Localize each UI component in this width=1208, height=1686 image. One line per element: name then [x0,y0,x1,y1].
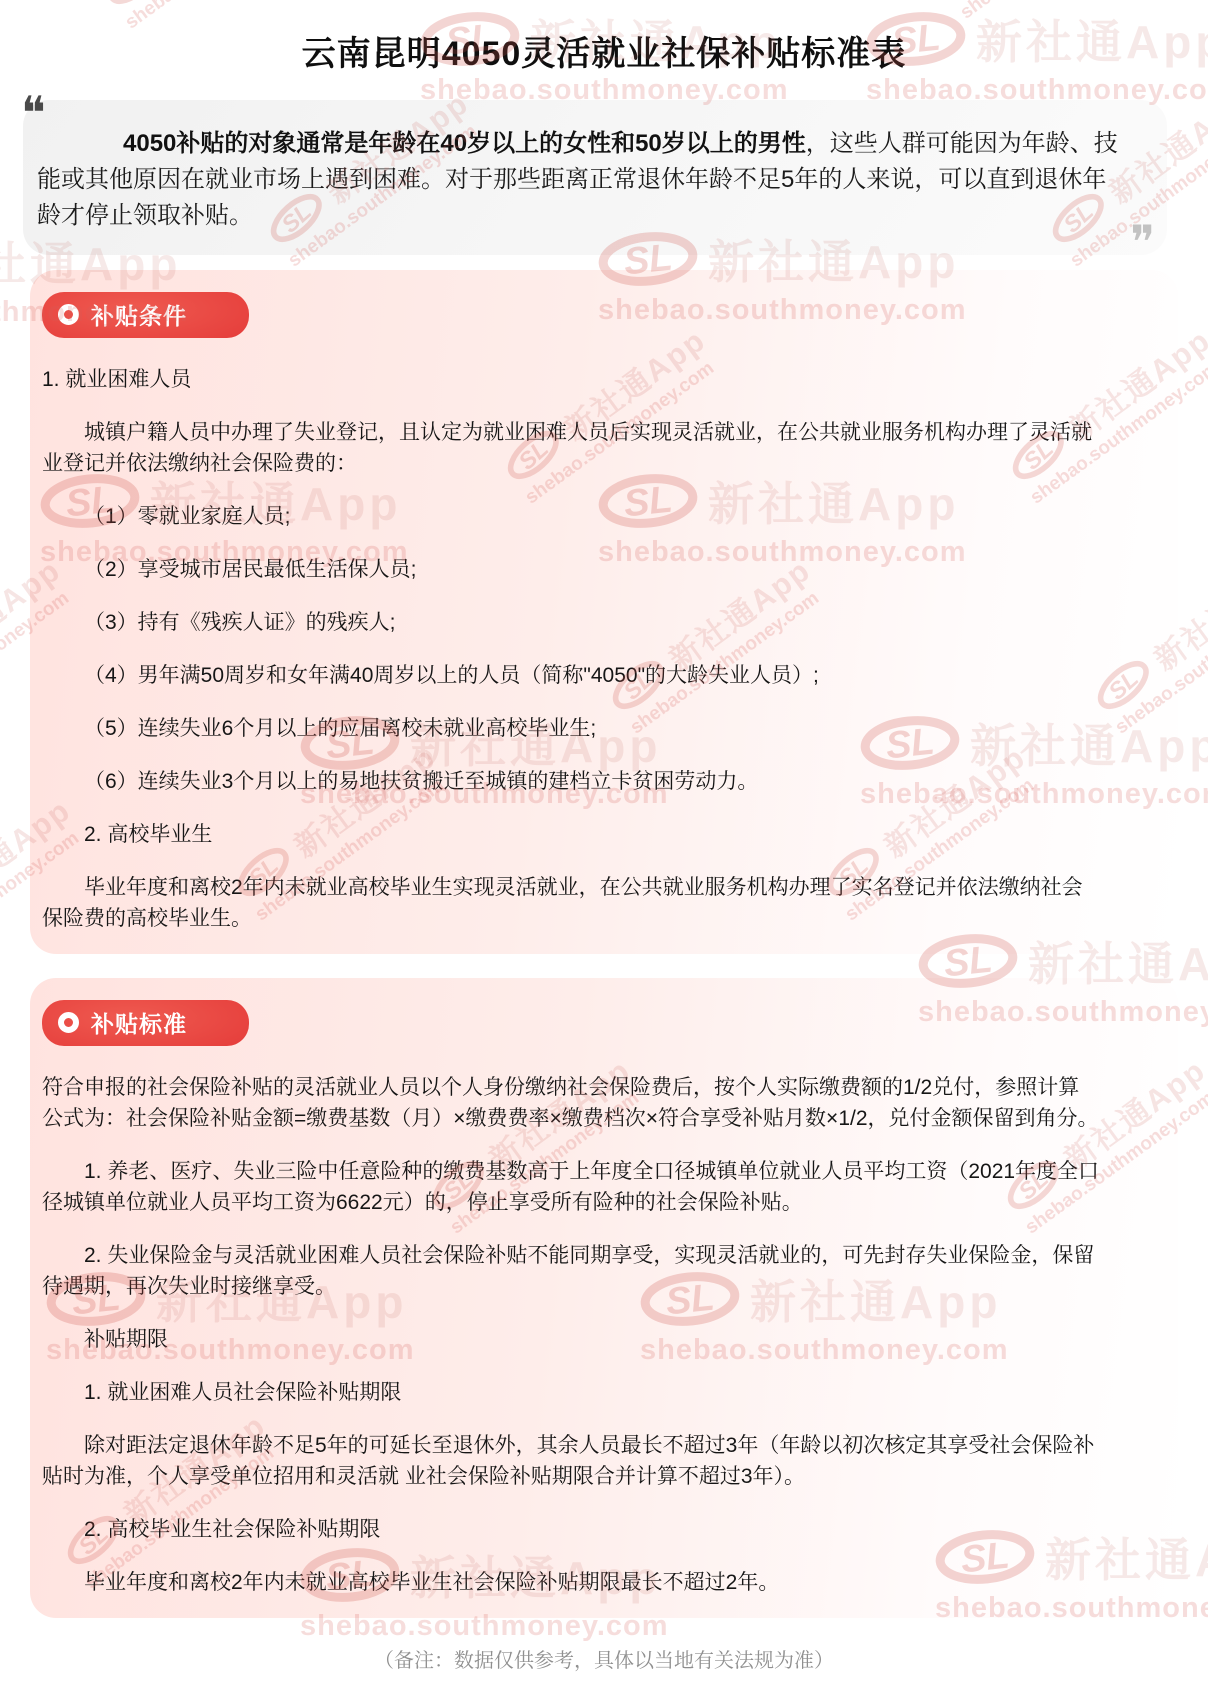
list-item: （4）男年满50周岁和女年满40周岁以上的人员（简称"4050"的大龄失业人员）… [42,660,1100,691]
list-item: （3）持有《残疾人证》的残疾人; [42,607,1100,638]
heading: 1. 就业困难人员社会保险补贴期限 [42,1377,1100,1408]
heading: 2. 高校毕业生 [42,819,1100,850]
paragraph: 2. 失业保险金与灵活就业困难人员社会保险补贴不能同期享受，实现灵活就业的，可先… [42,1240,1100,1302]
paragraph: 城镇户籍人员中办理了失业登记，且认定为就业困难人员后实现灵活就业，在公共就业服务… [42,417,1100,479]
quote-close-icon: ❞ [1130,219,1155,265]
conditions-body: 1. 就业困难人员城镇户籍人员中办理了失业登记，且认定为就业困难人员后实现灵活就… [42,364,1100,934]
paragraph: 除对距法定退休年龄不足5年的可延长至退休外，其余人员最长不超过3年（年龄以初次核… [42,1430,1100,1492]
section-badge-conditions: 补贴条件 [42,292,249,338]
page: SL新社通Appshebao.southmoney.comSL新社通Appshe… [0,0,1208,1686]
heading: 补贴期限 [42,1324,1100,1355]
page-title: 云南昆明4050灵活就业社保补贴标准表 [0,26,1208,75]
badge-label: 补贴条件 [91,298,187,331]
list-item: （5）连续失业6个月以上的应届离校未就业高校毕业生; [42,713,1100,744]
section-subsidy-conditions: 补贴条件 1. 就业困难人员城镇户籍人员中办理了失业登记，且认定为就业困难人员后… [30,270,1178,954]
badge-label: 补贴标准 [91,1006,187,1039]
shetong-logo-icon: SL [98,0,169,12]
paragraph: 1. 养老、医疗、失业三险中任意险种的缴费基数高于上年度全口径城镇单位就业人员平… [42,1156,1100,1218]
paragraph: 毕业年度和离校2年内未就业高校毕业生社会保险补贴期限最长不超过2年。 [42,1567,1100,1598]
quote-open-icon: ❝ [21,90,46,136]
intro-section: ❝ 4050补贴的对象通常是年龄在40岁以上的女性和50岁以上的男性，这些人群可… [23,100,1167,255]
standard-body: 符合申报的社会保险补贴的灵活就业人员以个人身份缴纳社会保险费后，按个人实际缴费额… [42,1072,1100,1598]
list-item: （6）连续失业3个月以上的易地扶贫搬迁至城镇的建档立卡贫困劳动力。 [42,766,1100,797]
intro-box: 4050补贴的对象通常是年龄在40岁以上的女性和50岁以上的男性，这些人群可能因… [23,100,1167,255]
paragraph: 符合申报的社会保险补贴的灵活就业人员以个人身份缴纳社会保险费后，按个人实际缴费额… [42,1072,1100,1134]
list-item: （1）零就业家庭人员; [42,501,1100,532]
heading: 2. 高校毕业生社会保险补贴期限 [42,1514,1100,1545]
footnote: （备注：数据仅供参考，具体以当地有关法规为准） [0,1644,1208,1673]
intro-text-bold: 4050补贴的对象通常是年龄在40岁以上的女性和50岁以上的男性 [123,130,806,157]
document-content: 云南昆明4050灵活就业社保补贴标准表 ❝ 4050补贴的对象通常是年龄在40岁… [0,26,1208,1673]
paragraph: 毕业年度和离校2年内未就业高校毕业生实现灵活就业，在公共就业服务机构办理了实名登… [42,872,1100,934]
watermark-domain: shebao.southmoney.com [956,0,1161,24]
section-subsidy-standard: 补贴标准 符合申报的社会保险补贴的灵活就业人员以个人身份缴纳社会保险费后，按个人… [30,978,1178,1618]
circle-ring-icon [58,1012,79,1033]
heading: 1. 就业困难人员 [42,364,1100,395]
intro-text: 4050补贴的对象通常是年龄在40岁以上的女性和50岁以上的男性，这些人群可能因… [37,126,1121,234]
list-item: （2）享受城市居民最低生活保人员; [42,554,1100,585]
watermark: SL新社通Appshebao.southmoney.com [930,0,1161,24]
circle-ring-icon [58,304,79,325]
shetong-logo-icon: SL [933,0,1004,2]
section-badge-standard: 补贴标准 [42,1000,249,1046]
